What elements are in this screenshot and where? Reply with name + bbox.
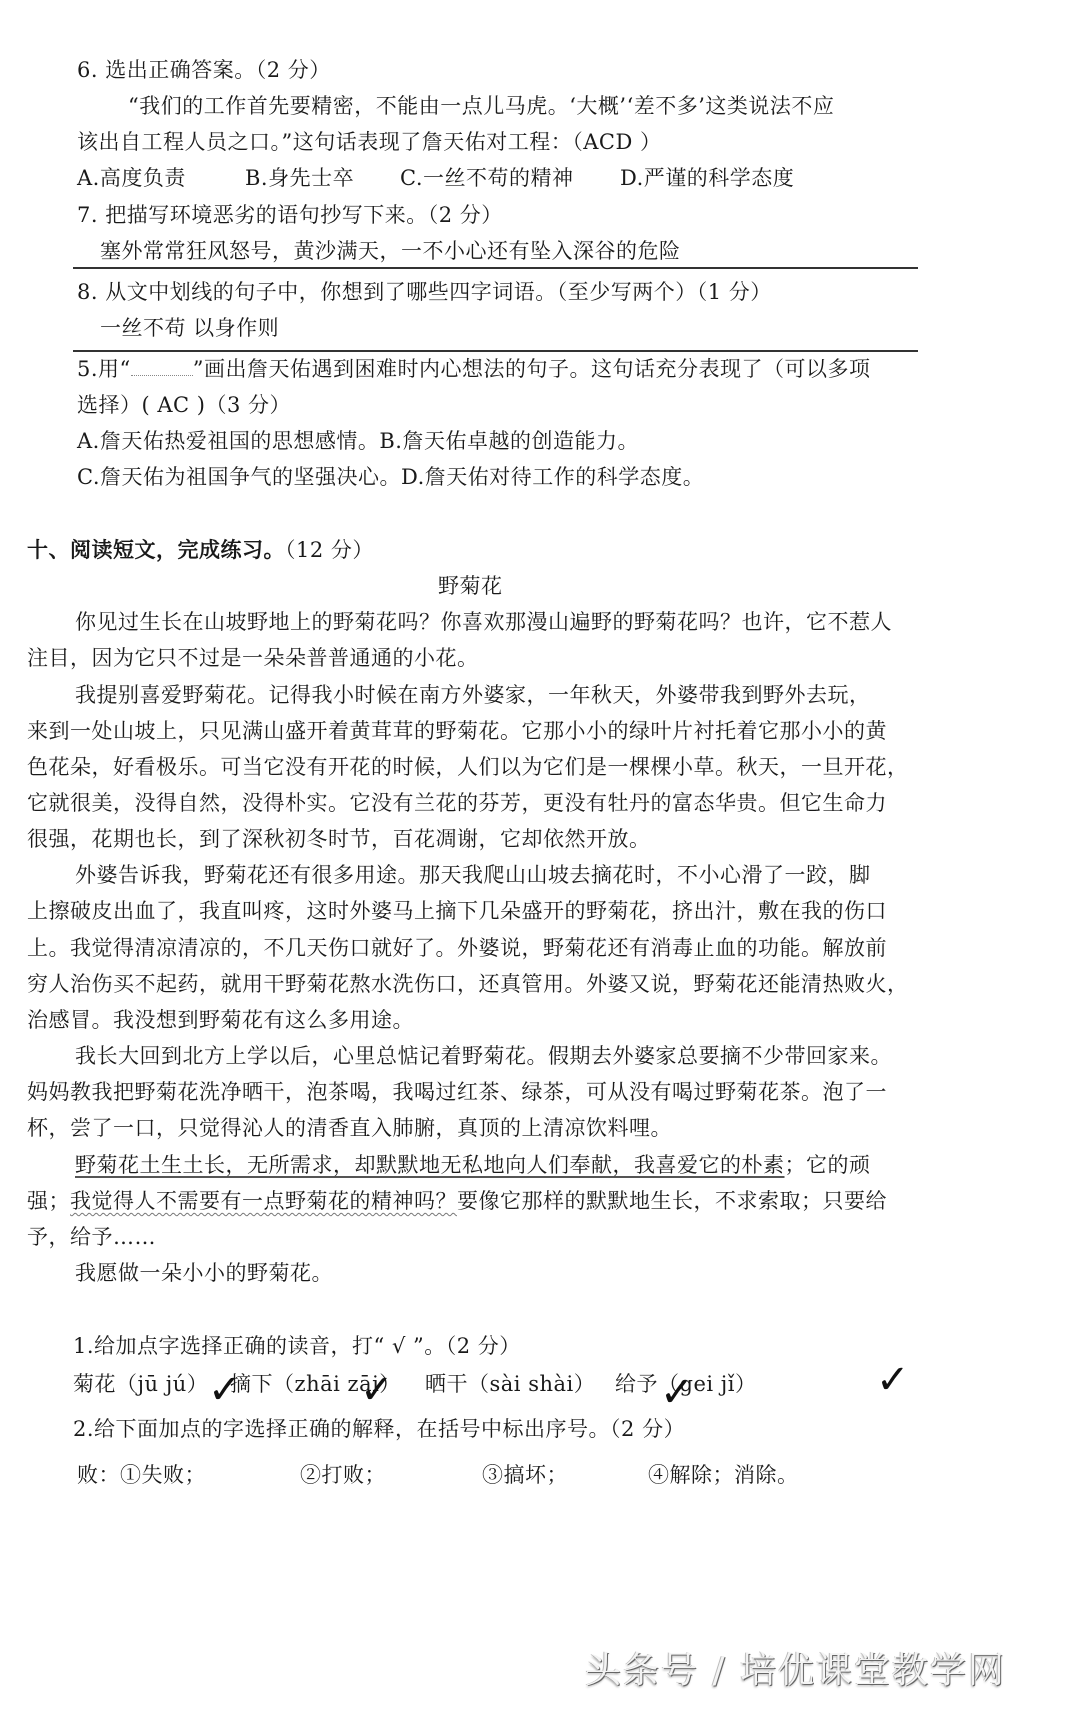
q6-option-a: A.高度负责 [77, 165, 186, 191]
wavy-underlined-sentence: 我觉得人不需要有一点野菊花的精神吗？ [70, 1189, 457, 1213]
q8-answer: 一丝不苟 以身作则 [100, 315, 279, 341]
article-text: 强； [27, 1189, 70, 1213]
check-mark-icon: ✓ [660, 1373, 694, 1413]
answer-line [73, 350, 918, 352]
wavy-blank [131, 357, 193, 376]
ex1-word: 给予 [615, 1372, 658, 1396]
q6-option-b: B.身先士卒 [245, 165, 354, 191]
ex2-title: 2.给下面加点的字选择正确的解释，在括号中标出序号。（2 分） [73, 1416, 685, 1442]
ex2-word-label: 败： [77, 1463, 120, 1487]
article-line: 予，给予…… [27, 1224, 156, 1250]
ex2-option: ①失败； [120, 1463, 206, 1487]
article-line: 它就很美，没得自然，没得朴实。它没有兰花的芬芳，更没有牡丹的富态华贵。但它生命力 [27, 790, 887, 816]
ex1-word: 晒干 [425, 1372, 468, 1396]
q6-option-c: C.一丝不苟的精神 [400, 165, 574, 191]
ex1-item: 菊花（jū jú） [73, 1371, 208, 1397]
ex1-options: （jū jú） [116, 1372, 208, 1396]
ex2-word: 败：①失败； [77, 1462, 206, 1488]
ex2-option: ②打败； [300, 1462, 386, 1488]
q7-title: 7. 把描写环境恶劣的语句抄写下来。（2 分） [77, 202, 503, 228]
article-line: 你见过生长在山坡野地上的野菊花吗？你喜欢那漫山遍野的野菊花吗？也许，它不惹人 [75, 609, 892, 635]
check-mark-icon: ✓ [360, 1370, 394, 1410]
q5-line1: 5.用“”画出詹天佑遇到困难时内心想法的句子。这句话充分表现了（可以多项 [77, 356, 871, 382]
ex2-option: ④解除；消除。 [648, 1462, 799, 1488]
article-line-wavy: 强；我觉得人不需要有一点野菊花的精神吗？要像它那样的默默地生长，不求索取；只要给 [27, 1188, 887, 1214]
ex1-title: 1.给加点字选择正确的读音，打“ √ ”。（2 分） [73, 1333, 521, 1359]
article-line: 我提别喜爱野菊花。记得我小时候在南方外婆家，一年秋天，外婆带我到野外去玩， [75, 682, 871, 708]
watermark: 头条号 / 培优课堂教学网 [585, 1642, 1006, 1693]
article-title: 野菊花 [438, 573, 503, 599]
article-line-underlined: 野菊花土生土长，无所需求，却默默地无私地向人们奉献，我喜爱它的朴素；它的顽 [75, 1152, 871, 1178]
article-line: 治感冒。我没想到野菊花有这么多用途。 [27, 1007, 414, 1033]
section-score: （12 分） [285, 538, 374, 562]
q5-suffix: ”画出詹天佑遇到困难时内心想法的句子。这句话充分表现了（可以多项 [193, 357, 871, 381]
section-heading-text: 十、阅读短文，完成练习。 [27, 537, 285, 562]
answer-line [73, 267, 918, 269]
q7-answer: 塞外常常狂风怒号，黄沙满天，一不小心还有坠入深谷的危险 [100, 238, 681, 264]
ex1-word: 菊花 [73, 1372, 116, 1396]
q6-title: 6. 选出正确答案。（2 分） [77, 57, 331, 83]
q5-line2: 选择）( AC )（3 分） [77, 392, 291, 418]
article-line: 上。我觉得清凉清凉的，不几天伤口就好了。外婆说，野菊花还有消毒止血的功能。解放前 [27, 935, 887, 961]
check-mark-icon: ✓ [208, 1370, 242, 1410]
q6-quote-line2: 该出自工程人员之口。”这句话表现了詹天佑对工程：（ACD ） [77, 129, 661, 155]
article-line: 色花朵，好看极乐。可当它没有开花的时候，人们以为它们是一棵棵小草。秋天，一旦开花… [27, 754, 909, 780]
article-closing: 我愿做一朵小小的野菊花。 [75, 1260, 333, 1286]
q8-title: 8. 从文中划线的句子中，你想到了哪些四字词语。（至少写两个）（1 分） [77, 279, 772, 305]
article-line: 来到一处山坡上，只见满山盛开着黄茸茸的野菊花。它那小小的绿叶片衬托着它那小小的黄 [27, 718, 887, 744]
underlined-sentence: 野菊花土生土长，无所需求，却默默地无私地向人们奉献，我喜爱它的朴素 [75, 1153, 785, 1177]
ex1-item: 晒干（sài shài） [425, 1371, 595, 1397]
article-text: ；它的顽 [785, 1153, 871, 1177]
ex1-options: （sài shài） [468, 1372, 595, 1396]
article-line: 外婆告诉我，野菊花还有很多用途。那天我爬山山坡去摘花时，不小心滑了一跤，脚 [75, 862, 871, 888]
article-line: 很强，花期也长，到了深秋初冬时节，百花凋谢，它却依然开放。 [27, 826, 651, 852]
article-text: 要像它那样的默默地生长，不求索取；只要给 [457, 1189, 887, 1213]
article-line: 上擦破皮出血了，我直叫疼，这时外婆马上摘下几朵盛开的野菊花，挤出汁，敷在我的伤口 [27, 898, 887, 924]
article-line: 杯，尝了一口，只觉得沁人的清香直入肺腑，真顶的上清凉饮料哩。 [27, 1115, 672, 1141]
article-line: 妈妈教我把野菊花洗净晒干，泡茶喝，我喝过红茶、绿茶，可从没有喝过野菊花茶。泡了一 [27, 1079, 887, 1105]
article-line: 注目，因为它只不过是一朵朵普普通通的小花。 [27, 645, 479, 671]
ex2-option: ③搞坏； [482, 1462, 568, 1488]
article-line: 穷人治伤买不起药，就用干野菊花熬水洗伤口，还真管用。外婆又说，野菊花还能清热败火… [27, 971, 909, 997]
q5-options-ab: A.詹天佑热爱祖国的思想感情。B.詹天佑卓越的创造能力。 [77, 428, 639, 454]
q5-prefix: 5.用“ [77, 357, 131, 381]
section-heading: 十、阅读短文，完成练习。（12 分） [27, 537, 374, 563]
check-mark-icon: ✓ [876, 1360, 910, 1400]
q6-option-d: D.严谨的科学态度 [620, 165, 794, 191]
q6-quote-line1: “我们的工作首先要精密，不能由一点儿马虎。‘大概’‘差不多’这类说法不应 [128, 93, 834, 119]
article-line: 我长大回到北方上学以后，心里总惦记着野菊花。假期去外婆家总要摘不少带回家来。 [75, 1043, 892, 1069]
q5-options-cd: C.詹天佑为祖国争气的坚强决心。D.詹天佑对待工作的科学态度。 [77, 464, 704, 490]
